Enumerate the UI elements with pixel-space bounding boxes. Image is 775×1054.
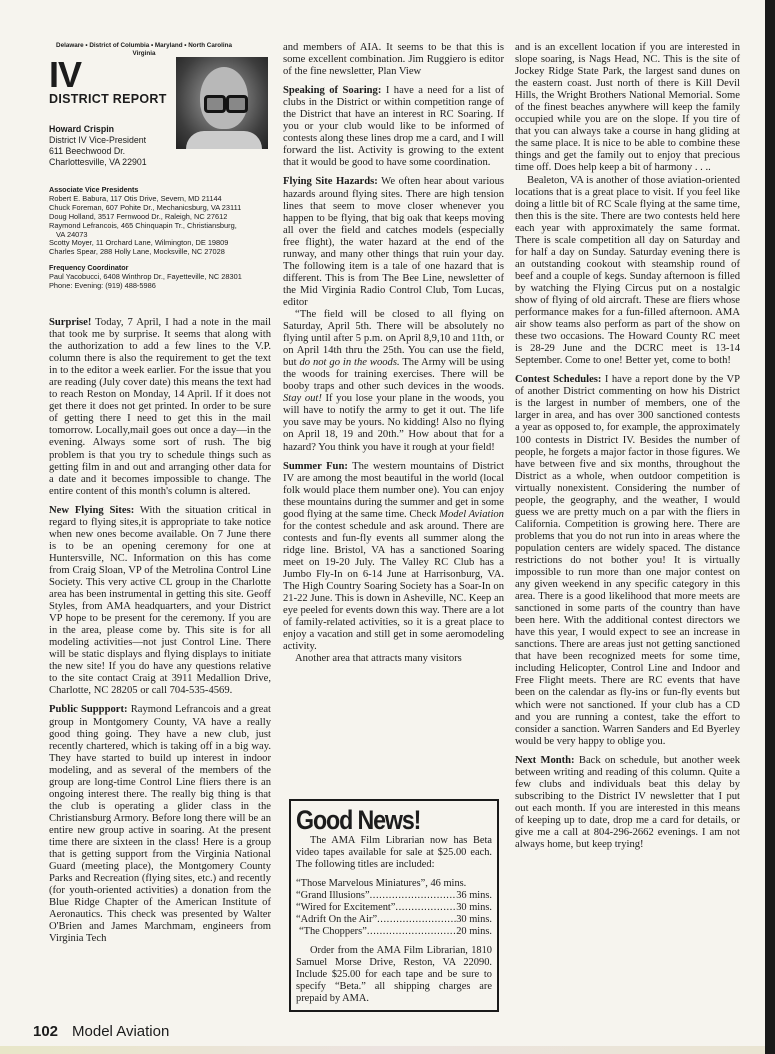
article-new-flying-sites: New Flying Sites: With the situation cri… <box>49 505 271 698</box>
good-news-order-info: Order from the AMA Film Librarian, 1810 … <box>296 945 492 1005</box>
tape-item: “Adrift On the Air”30 mins. <box>296 914 492 926</box>
hazards-quote: “The field will be closed to all flying … <box>283 309 504 454</box>
glasses-icon <box>226 95 248 113</box>
associate-vps: Associate Vice Presidents Robert E. Babu… <box>49 186 271 291</box>
good-news-box: Good News! The AMA Film Librarian now ha… <box>289 799 499 1012</box>
tape-item: “Those Marvelous Miniatures”, 46 mins. <box>296 878 492 890</box>
vp-address-line2: Charlottesville, VA 22901 <box>49 157 271 168</box>
column-2: and members of AIA. It seems to be that … <box>283 42 504 665</box>
article-public-support-continued: and members of AIA. It seems to be that … <box>283 42 504 78</box>
associate-item: Charles Spear, 288 Holly Lane, Mocksvill… <box>49 248 271 257</box>
article-surprise: Surprise! Today, 7 April, I had a note i… <box>49 317 271 498</box>
glasses-icon <box>204 95 226 113</box>
scan-edge <box>765 0 775 1054</box>
publication-name: Model Aviation <box>72 1023 169 1040</box>
tape-list: “Those Marvelous Miniatures”, 46 mins. “… <box>296 878 492 938</box>
tape-item: “Wired for Excitement”30 mins. <box>296 902 492 914</box>
article-contest-schedules: Contest Schedules: I have a report done … <box>515 374 740 747</box>
article-next-month: Next Month: Back on schedule, but anothe… <box>515 755 740 851</box>
article-flying-site-hazards: Flying Site Hazards: We often hear about… <box>283 176 504 309</box>
magazine-page: Delaware • District of Columbia • Maryla… <box>0 0 765 1054</box>
page-bottom-edge <box>0 1046 765 1054</box>
column-3: and is an excellent location if you are … <box>515 42 740 858</box>
tape-item: “Grand Illusions”36 mins. <box>296 890 492 902</box>
article-summer-fun: Summer Fun: The western mountains of Dis… <box>283 461 504 654</box>
good-news-intro: The AMA Film Librarian now has Beta vide… <box>296 835 492 871</box>
summer-fun-para2: Another area that attracts many visitors <box>283 653 504 665</box>
article-speaking-of-soaring: Speaking of Soaring: I have a need for a… <box>283 85 504 169</box>
frequency-coordinator-phone: Phone: Evening: (919) 488-5986 <box>49 282 271 291</box>
summer-fun-para2-continued: and is an excellent location if you are … <box>515 42 740 175</box>
page-number: 102 <box>33 1023 58 1040</box>
tape-item: “The Choppers”20 mins. <box>296 926 492 938</box>
page-footer: 102Model Aviation <box>33 1023 169 1040</box>
good-news-title: Good News! <box>296 805 465 835</box>
portrait-shirt <box>186 131 262 149</box>
summer-fun-para3: Bealeton, VA is another of those aviatio… <box>515 175 740 368</box>
author-photo <box>176 57 268 149</box>
column-1: Delaware • District of Columbia • Maryla… <box>49 42 271 952</box>
article-public-support: Public Suppport: Raymond Lefrancois and … <box>49 704 271 945</box>
